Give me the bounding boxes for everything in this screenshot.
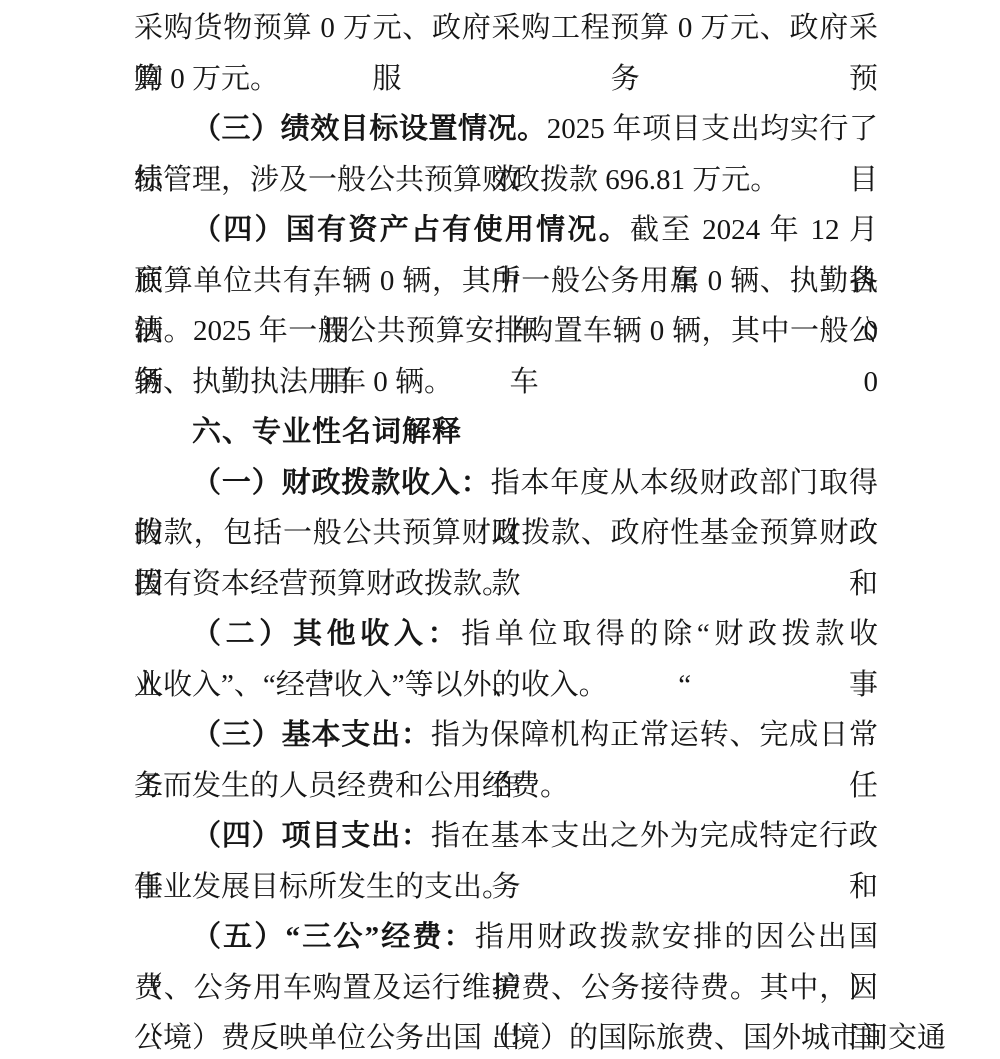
text-run: 事业发展目标所发生的支出。 [134, 871, 511, 903]
text-run: （二）其他收入： [192, 618, 461, 650]
document-body: { "page": { "background": "#ffffff", "te… [0, 0, 1000, 1059]
para-state-assets-line3: 辆。2025 年一般公共预算安排购置车辆 0 辆，其中一般公务用车 0 [134, 306, 878, 357]
text-run: （三）绩效目标设置情况。 [192, 113, 547, 145]
term-basic-expenditure-line1: （三）基本支出：指为保障机构正常运转、完成日常工作任 [134, 710, 878, 761]
para-performance-targets-line1: （三）绩效目标设置情况。2025 年项目支出均实行了绩效目 [134, 104, 878, 155]
text-run: 六、专业性名词解释 [192, 416, 462, 448]
text-run: 标管理，涉及一般公共预算财政拨款 696.81 万元。 [134, 164, 779, 196]
text-run: 务而发生的人员经费和公用经费。 [134, 770, 569, 802]
para-performance-targets-line2: 标管理，涉及一般公共预算财政拨款 696.81 万元。 [134, 155, 878, 206]
text-run: （三）基本支出： [192, 719, 431, 751]
document-page: 采购货物预算 0 万元、政府采购工程预算 0 万元、政府采购服务预算 0 万元。… [134, 3, 878, 1059]
text-run: （四）国有资产占有使用情况。 [192, 214, 630, 246]
text-run: 辆、执勤执法用车 0 辆。 [134, 366, 453, 398]
text-run: 国有资本经营预算财政拨款。 [134, 568, 511, 600]
text-run: （五）“三公”经费： [192, 921, 475, 953]
text-run: 算 0 万元。 [134, 63, 279, 95]
text-run: （四）项目支出： [192, 820, 431, 852]
term-project-expenditure-line1: （四）项目支出：指在基本支出之外为完成特定行政任务和 [134, 811, 878, 862]
term-fiscal-appropriation-line1: （一）财政拨款收入：指本年度从本级财政部门取得的财政 [134, 458, 878, 509]
text-run: （境）费反映单位公务出国（境）的国际旅费、国外城市间交通 [134, 1022, 946, 1054]
term-other-income-line1: （二）其他收入：指单位取得的除“财政拨款收入”、“事 [134, 609, 878, 660]
term-fiscal-appropriation-line2: 拨款，包括一般公共预算财政拨款、政府性基金预算财政拨款和 [134, 508, 878, 559]
term-three-public-funds-line3: （境）费反映单位公务出国（境）的国际旅费、国外城市间交通 [134, 1013, 878, 1059]
para-state-assets-line2: 预算单位共有车辆 0 辆，其中一般公务用车 0 辆、执勤执法用车 0 [134, 256, 878, 307]
term-three-public-funds-line1: （五）“三公”经费：指用财政拨款安排的因公出国（境） [134, 912, 878, 963]
para-state-assets-line1: （四）国有资产占有使用情况。截至 2024 年 12 月底，所属各 [134, 205, 878, 256]
term-three-public-funds-line2: 费、公务用车购置及运行维护费、公务接待费。其中，因公出国 [134, 963, 878, 1014]
para-procurement-cont-line1: 采购货物预算 0 万元、政府采购工程预算 0 万元、政府采购服务预 [134, 3, 878, 54]
section-heading-terminology: 六、专业性名词解释 [134, 407, 878, 458]
text-run: 业收入”、“经营收入”等以外的收入。 [134, 669, 608, 701]
text-run: （一）财政拨款收入： [192, 467, 491, 499]
